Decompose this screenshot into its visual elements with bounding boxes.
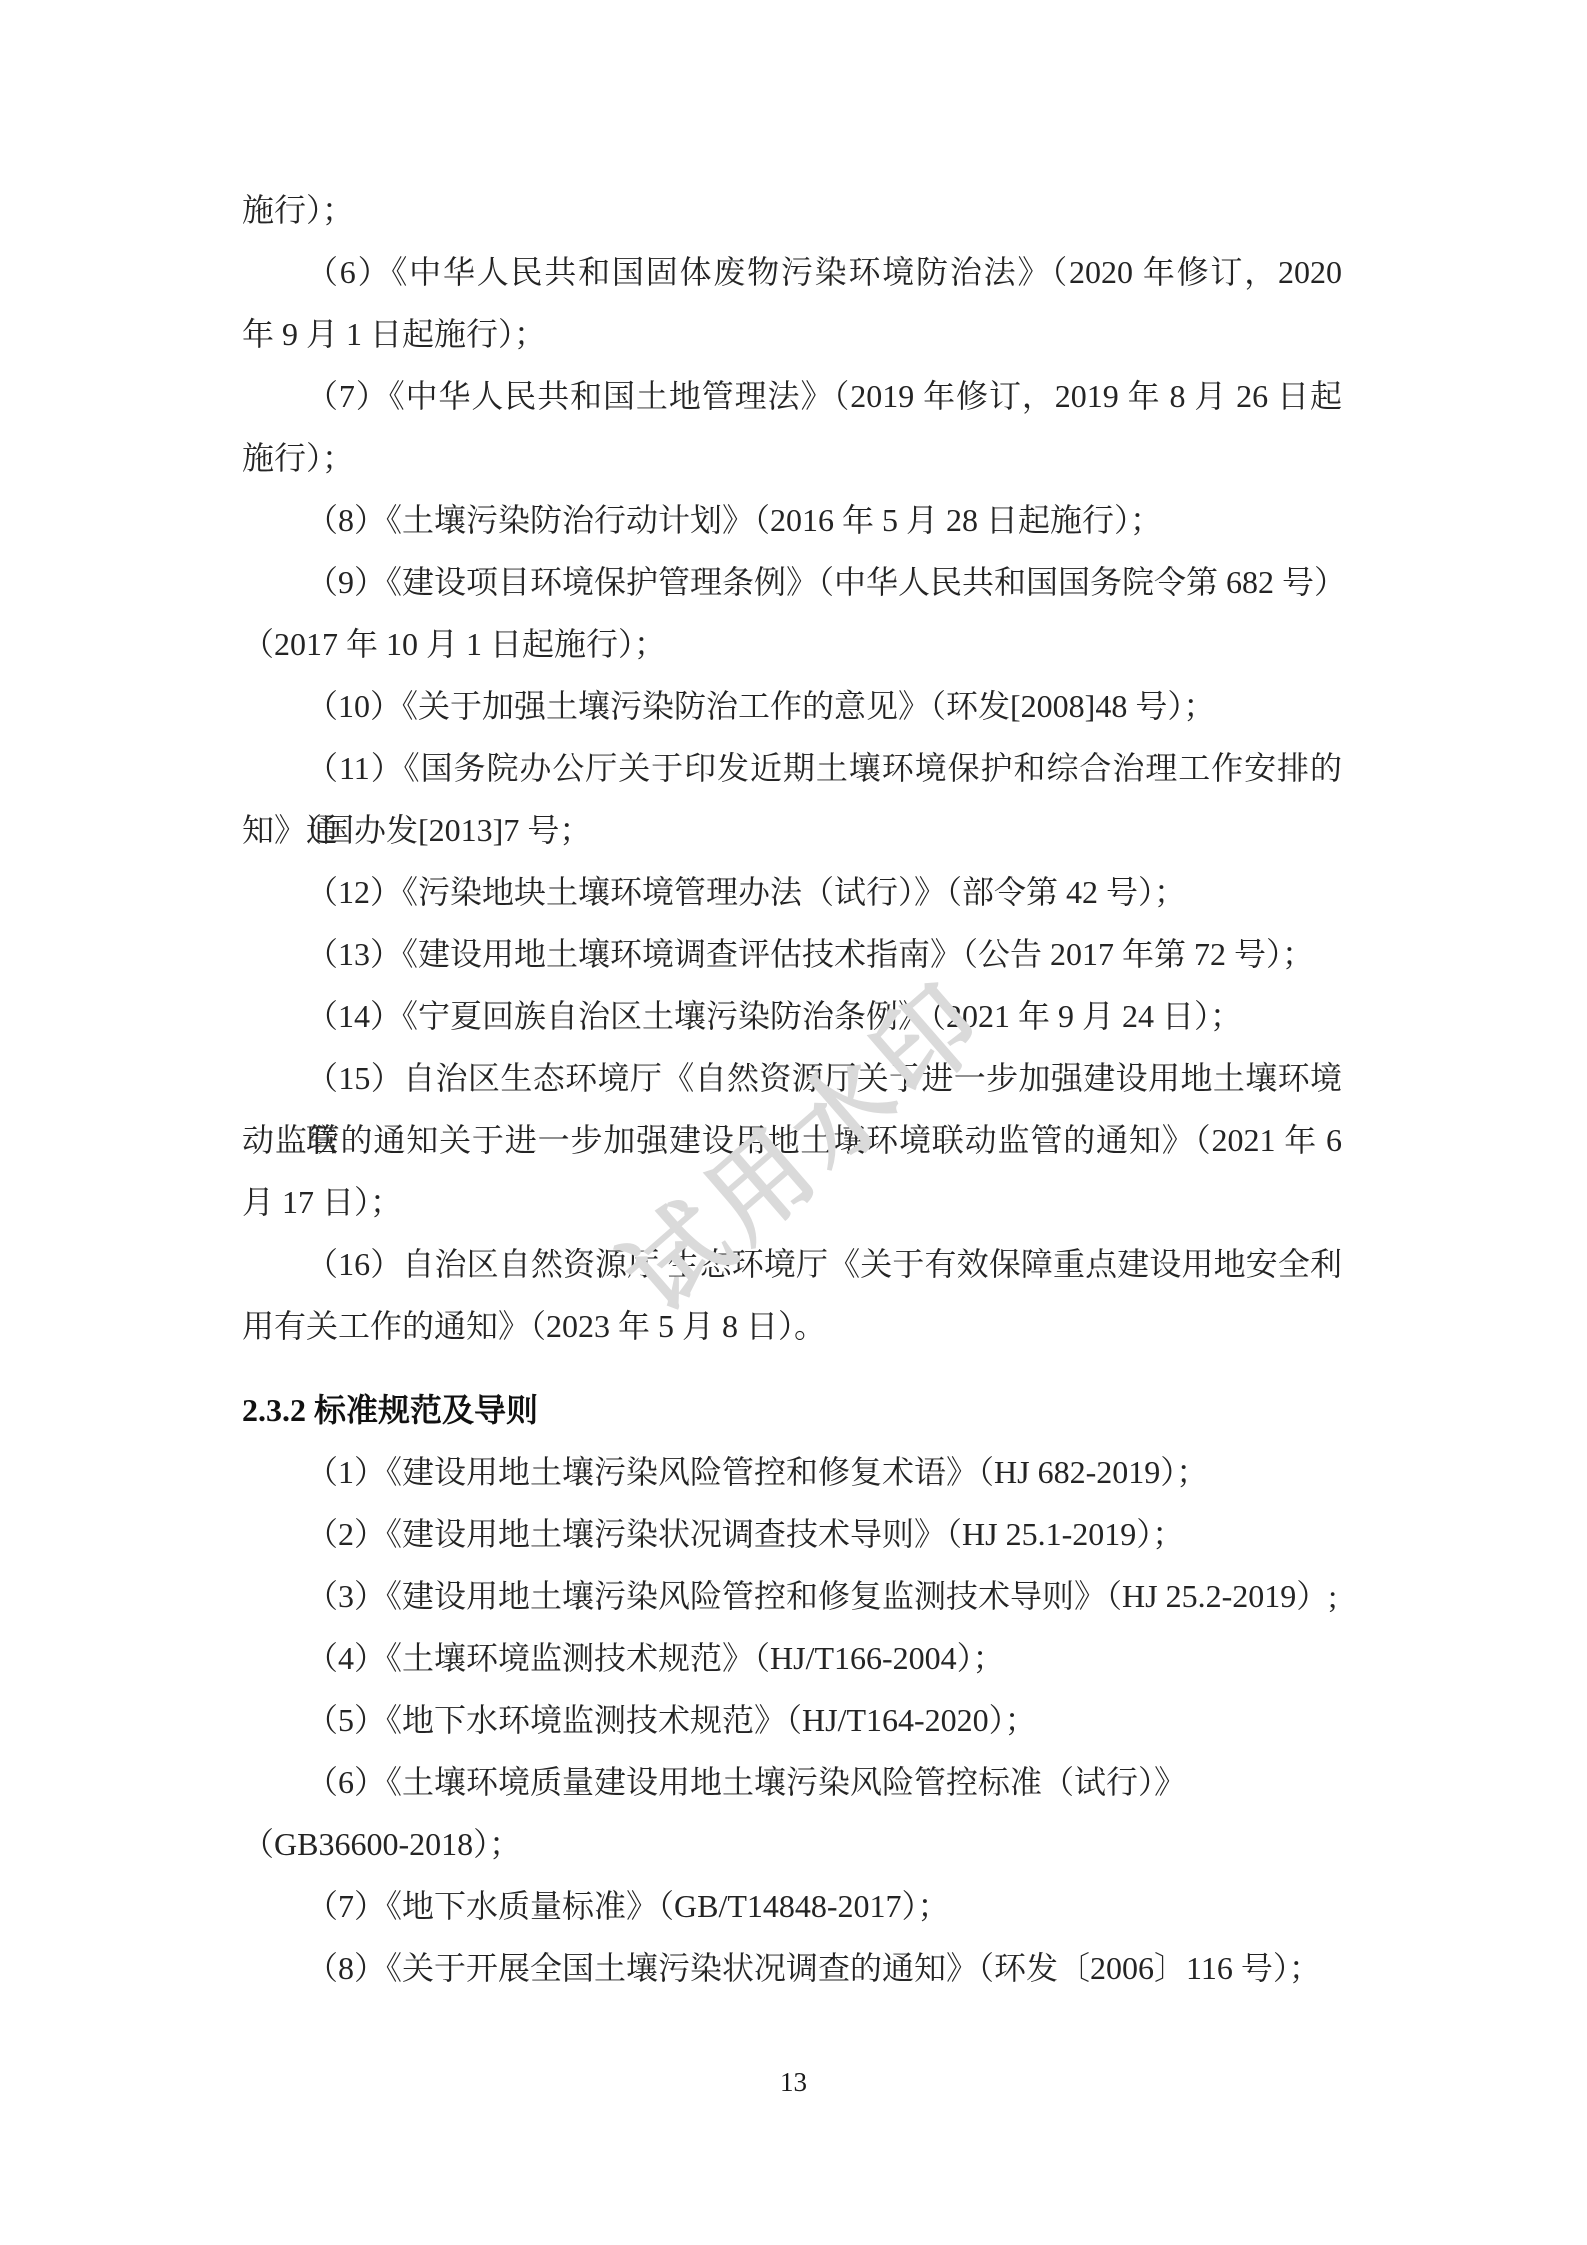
- text-line: （6）《土壤环境质量建设用地土壤污染风险管控标准（试行）》: [242, 1751, 1342, 1813]
- text-line: （13）《建设用地土壤环境调查评估技术指南》（公告 2017 年第 72 号）；: [242, 923, 1342, 985]
- text-line: （2017 年 10 月 1 日起施行）；: [242, 613, 1342, 675]
- text-line: （7）《中华人民共和国土地管理法》（2019 年修订，2019 年 8 月 26…: [242, 365, 1342, 427]
- page-number: 13: [0, 2062, 1587, 2102]
- text-line: （5）《地下水环境监测技术规范》（HJ/T164-2020）；: [242, 1689, 1342, 1751]
- text-line: 知》（国办发[2013]7 号；: [242, 799, 1342, 861]
- text-line: （10）《关于加强土壤污染防治工作的意见》（环发[2008]48 号）；: [242, 675, 1342, 737]
- text-line: 用有关工作的通知》（2023 年 5 月 8 日）。: [242, 1295, 1342, 1357]
- text-line: （1）《建设用地土壤污染风险管控和修复术语》（HJ 682-2019）；: [242, 1441, 1342, 1503]
- text-line: （7）《地下水质量标准》（GB/T14848-2017）；: [242, 1875, 1342, 1937]
- text-line: （12）《污染地块土壤环境管理办法（试行）》（部令第 42 号）；: [242, 861, 1342, 923]
- text-line: （8）《土壤污染防治行动计划》（2016 年 5 月 28 日起施行）；: [242, 489, 1342, 551]
- text-line: （2）《建设用地土壤污染状况调查技术导则》（HJ 25.1-2019）；: [242, 1503, 1342, 1565]
- text-line: （14）《宁夏回族自治区土壤污染防治条例》（2021 年 9 月 24 日）；: [242, 985, 1342, 1047]
- text-line: 动监管的通知关于进一步加强建设用地土壤环境联动监管的通知》（2021 年 6: [242, 1109, 1342, 1171]
- text-line: （6）《中华人民共和国固体废物污染环境防治法》（2020 年修订，2020: [242, 241, 1342, 303]
- section-heading: 2.3.2 标准规范及导则: [242, 1379, 1342, 1441]
- text-line: （3）《建设用地土壤污染风险管控和修复监测技术导则》（HJ 25.2-2019）…: [242, 1565, 1342, 1627]
- text-line: （4）《土壤环境监测技术规范》（HJ/T166-2004）；: [242, 1627, 1342, 1689]
- document-body: 施行）；（6）《中华人民共和国固体废物污染环境防治法》（2020 年修订，202…: [242, 179, 1342, 1999]
- text-line: （9）《建设项目环境保护管理条例》（中华人民共和国国务院令第 682 号）: [242, 551, 1342, 613]
- text-line: 施行）；: [242, 179, 1342, 241]
- text-line: （8）《关于开展全国土壤污染状况调查的通知》（环发〔2006〕116 号）；: [242, 1937, 1342, 1999]
- document-page: 试用水印 施行）；（6）《中华人民共和国固体废物污染环境防治法》（2020 年修…: [0, 0, 1587, 2245]
- text-line: （GB36600-2018）；: [242, 1813, 1342, 1875]
- text-line: 年 9 月 1 日起施行）；: [242, 303, 1342, 365]
- text-line: 施行）；: [242, 427, 1342, 489]
- text-line: （15）自治区生态环境厅《自然资源厅关于进一步加强建设用地土壤环境联: [242, 1047, 1342, 1109]
- text-line: （11）《国务院办公厅关于印发近期土壤环境保护和综合治理工作安排的通: [242, 737, 1342, 799]
- text-line: （16）自治区自然资源厅 生态环境厅《关于有效保障重点建设用地安全利: [242, 1233, 1342, 1295]
- text-line: 月 17 日）；: [242, 1171, 1342, 1233]
